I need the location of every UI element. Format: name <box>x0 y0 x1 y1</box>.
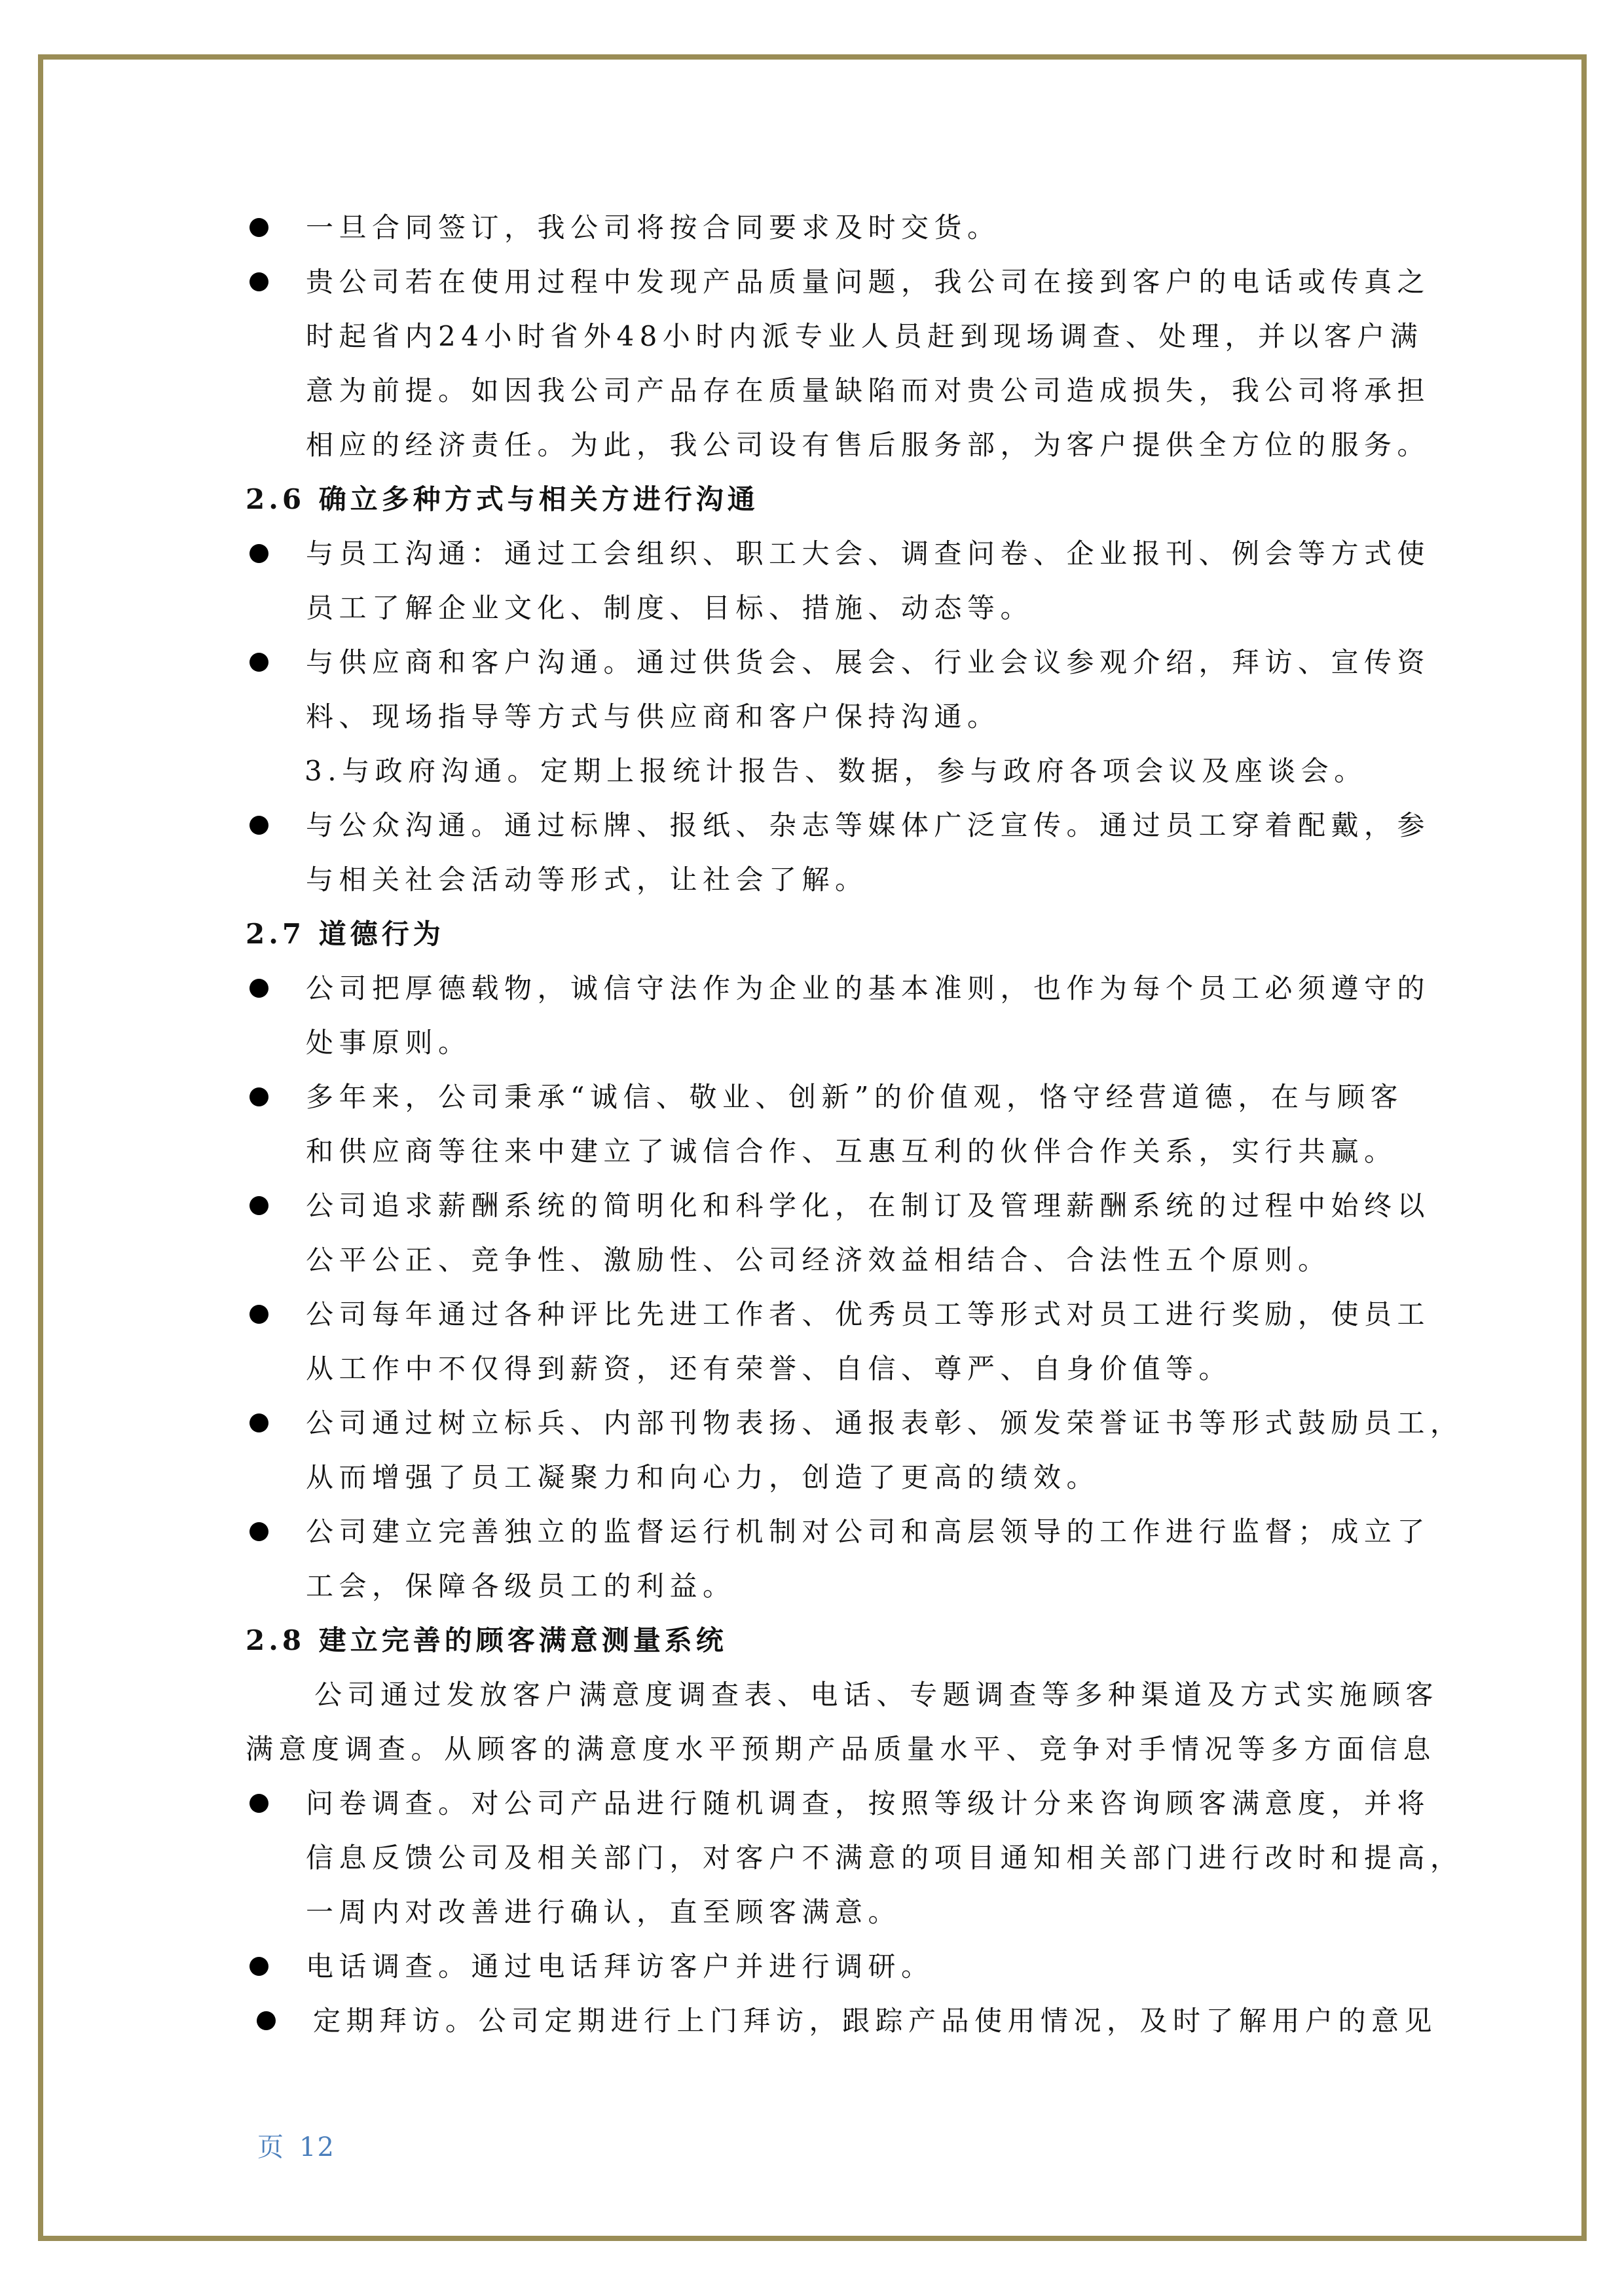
text-line: 公司把厚德载物，诚信守法作为企业的基本准则，也作为每个员工必须遵守的 <box>306 961 1450 1015</box>
text-line: 信息反馈公司及相关部门，对客户不满意的项目通知相关部门进行改时和提高， <box>306 1831 1450 1885</box>
bullet-icon <box>257 2011 276 2030</box>
text-line: 与相关社会活动等形式，让社会了解。 <box>306 852 1450 907</box>
bullet-item: 公司通过树立标兵、内部刊物表扬、通报表彰、颁发荣誉证书等形式鼓励员工， 从而增强… <box>246 1396 1450 1504</box>
bullet-item: 电话调查。通过电话拜访客户并进行调研。 <box>246 1939 1450 1994</box>
text-line: 与公众沟通。通过标牌、报纸、杂志等媒体广泛宣传。通过员工穿着配戴，参 <box>306 798 1450 852</box>
bullet-icon <box>249 1957 268 1976</box>
bullet-item: 公司每年通过各种评比先进工作者、优秀员工等形式对员工进行奖励，使员工 从工作中不… <box>246 1287 1450 1396</box>
bullet-item: 与公众沟通。通过标牌、报纸、杂志等媒体广泛宣传。通过员工穿着配戴，参 与相关社会… <box>246 798 1450 907</box>
page-label: 页 <box>257 2132 285 2162</box>
bullet-icon <box>249 1413 268 1432</box>
section-heading-2-6: 2.6 确立多种方式与相关方进行沟通 <box>246 472 1450 526</box>
bullet-item: 与供应商和客户沟通。通过供货会、展会、行业会议参观介绍，拜访、宣传资 料、现场指… <box>246 635 1450 744</box>
bullet-item: 定期拜访。公司定期进行上门拜访，跟踪产品使用情况，及时了解用户的意见 <box>246 1994 1450 2048</box>
bullet-icon <box>249 272 268 291</box>
bullet-item: 问卷调查。对公司产品进行随机调查，按照等级计分来咨询顾客满意度，并将 信息反馈公… <box>246 1776 1450 1939</box>
text-line: 与供应商和客户沟通。通过供货会、展会、行业会议参观介绍，拜访、宣传资 <box>306 635 1450 689</box>
section-heading-2-7: 2.7 道德行为 <box>246 907 1450 961</box>
text-line: 公司追求薪酬系统的简明化和科学化，在制订及管理薪酬系统的过程中始终以 <box>306 1178 1450 1233</box>
text-line: 员工了解企业文化、制度、目标、措施、动态等。 <box>306 581 1450 635</box>
text-line: 相应的经济责任。为此，我公司设有售后服务部，为客户提供全方位的服务。 <box>306 418 1450 472</box>
bullet-icon <box>249 1196 268 1215</box>
text-line: 电话调查。通过电话拜访客户并进行调研。 <box>306 1939 1450 1994</box>
bullet-icon <box>249 1087 268 1106</box>
bullet-item: 公司追求薪酬系统的简明化和科学化，在制订及管理薪酬系统的过程中始终以 公平公正、… <box>246 1178 1450 1287</box>
bullet-icon <box>249 979 268 998</box>
text-line: 公平公正、竞争性、激励性、公司经济效益相结合、合法性五个原则。 <box>306 1233 1450 1287</box>
bullet-icon <box>249 1522 268 1541</box>
text-line: 工会，保障各级员工的利益。 <box>306 1559 1450 1613</box>
text-line: 定期拜访。公司定期进行上门拜访，跟踪产品使用情况，及时了解用户的意见 <box>313 1994 1450 2048</box>
text-line: 多年来，公司秉承“诚信、敬业、创新”的价值观，恪守经营道德，在与顾客 <box>306 1070 1450 1124</box>
section-heading-2-8: 2.8 建立完善的顾客满意测量系统 <box>246 1613 1450 1667</box>
numbered-item: 3.与政府沟通。定期上报统计报告、数据，参与政府各项会议及座谈会。 <box>246 744 1450 798</box>
bullet-item: 一旦合同签订，我公司将按合同要求及时交货。 <box>246 200 1450 255</box>
bullet-item: 贵公司若在使用过程中发现产品质量问题，我公司在接到客户的电话或传真之 时起省内2… <box>246 255 1450 472</box>
document-body: 一旦合同签订，我公司将按合同要求及时交货。 贵公司若在使用过程中发现产品质量问题… <box>246 200 1450 2048</box>
text-line: 与员工沟通：通过工会组织、职工大会、调查问卷、企业报刊、例会等方式使 <box>306 526 1450 581</box>
text-line: 一旦合同签订，我公司将按合同要求及时交货。 <box>306 200 1450 255</box>
text-line: 意为前提。如因我公司产品存在质量缺陷而对贵公司造成损失，我公司将承担 <box>306 363 1450 418</box>
text-line: 问卷调查。对公司产品进行随机调查，按照等级计分来咨询顾客满意度，并将 <box>306 1776 1450 1831</box>
text-line: 公司建立完善独立的监督运行机制对公司和高层领导的工作进行监督；成立了 <box>306 1504 1450 1559</box>
text-line: 公司通过树立标兵、内部刊物表扬、通报表彰、颁发荣誉证书等形式鼓励员工， <box>306 1396 1450 1450</box>
bullet-icon <box>249 218 268 237</box>
text-line: 公司通过发放客户满意度调查表、电话、专题调查等多种渠道及方式实施顾客 <box>246 1667 1450 1722</box>
text-line: 公司每年通过各种评比先进工作者、优秀员工等形式对员工进行奖励，使员工 <box>306 1287 1450 1341</box>
text-line: 一周内对改善进行确认，直至顾客满意。 <box>306 1885 1450 1939</box>
text-line: 和供应商等往来中建立了诚信合作、互惠互利的伙伴合作关系，实行共赢。 <box>306 1124 1450 1178</box>
text-line: 贵公司若在使用过程中发现产品质量问题，我公司在接到客户的电话或传真之 <box>306 255 1450 309</box>
bullet-item: 多年来，公司秉承“诚信、敬业、创新”的价值观，恪守经营道德，在与顾客 和供应商等… <box>246 1070 1450 1178</box>
bullet-item: 公司建立完善独立的监督运行机制对公司和高层领导的工作进行监督；成立了 工会，保障… <box>246 1504 1450 1613</box>
text-line: 时起省内24小时省外48小时内派专业人员赶到现场调查、处理，并以客户满 <box>306 309 1450 363</box>
bullet-icon <box>249 816 268 835</box>
bullet-icon <box>249 1794 268 1813</box>
paragraph: 公司通过发放客户满意度调查表、电话、专题调查等多种渠道及方式实施顾客 满意度调查… <box>246 1667 1450 1776</box>
text-line: 从而增强了员工凝聚力和向心力，创造了更高的绩效。 <box>306 1450 1450 1504</box>
text-line: 从工作中不仅得到薪资，还有荣誉、自信、尊严、自身价值等。 <box>306 1341 1450 1396</box>
text-line: 处事原则。 <box>306 1015 1450 1070</box>
text-line: 满意度调查。从顾客的满意度水平预期产品质量水平、竞争对手情况等多方面信息 <box>246 1722 1450 1776</box>
bullet-item: 与员工沟通：通过工会组织、职工大会、调查问卷、企业报刊、例会等方式使 员工了解企… <box>246 526 1450 635</box>
page-footer: 页12 <box>257 2126 335 2164</box>
text-line: 料、现场指导等方式与供应商和客户保持沟通。 <box>306 689 1450 744</box>
bullet-icon <box>249 1305 268 1324</box>
bullet-icon <box>249 544 268 563</box>
bullet-item: 公司把厚德载物，诚信守法作为企业的基本准则，也作为每个员工必须遵守的 处事原则。 <box>246 961 1450 1070</box>
page-number: 12 <box>299 2132 335 2162</box>
bullet-icon <box>249 653 268 672</box>
